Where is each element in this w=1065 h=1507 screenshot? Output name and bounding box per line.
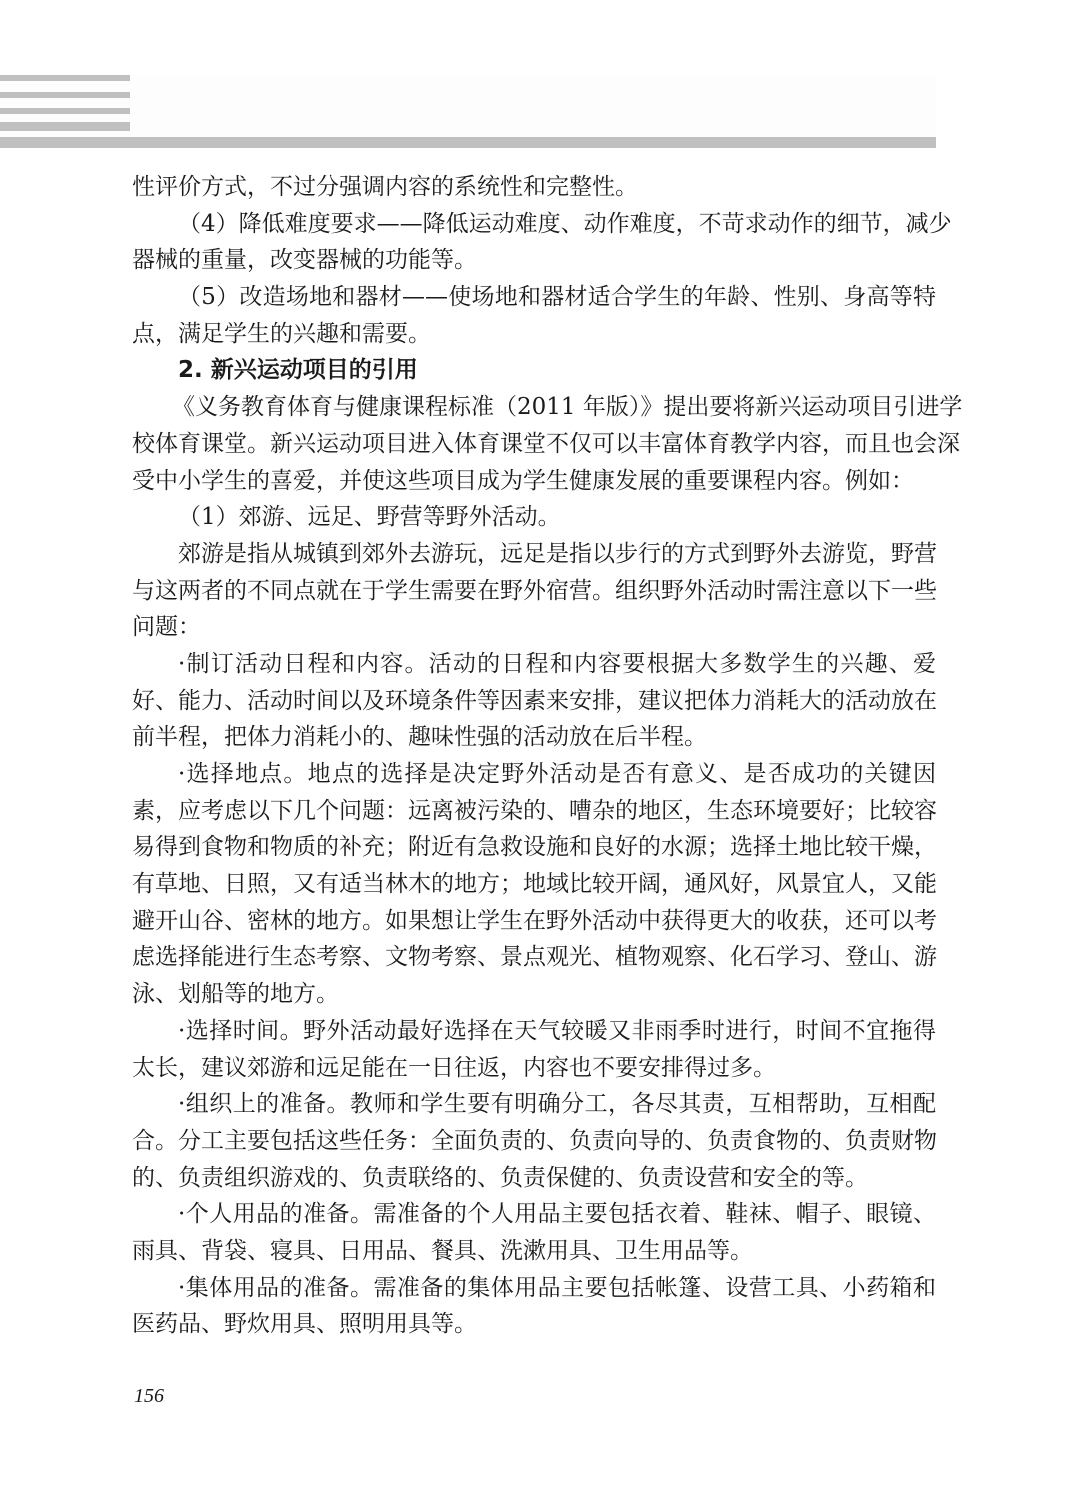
paragraph-line: 合。分工主要包括这些任务：全面负责的、负责向导的、负责食物的、负责财物 [132, 1123, 936, 1160]
paragraph-line: 校体育课堂。新兴运动项目进入体育课堂不仅可以丰富体育教学内容，而且也会深 [132, 426, 936, 463]
paragraph-line: 郊游是指从城镇到郊外去游玩，远足是指以步行的方式到野外去游览，野营 [132, 536, 936, 573]
paragraph-line: 虑选择能进行生态考察、文物考察、景点观光、植物观察、化石学习、登山、游 [132, 939, 936, 976]
paragraph-line: 雨具、背袋、寝具、日用品、餐具、洗漱用具、卫生用品等。 [132, 1233, 936, 1270]
header-rule [0, 137, 936, 148]
header-panel [0, 75, 936, 137]
bullet-item-line: ·集体用品的准备。需准备的集体用品主要包括帐篷、设营工具、小药箱和 [132, 1270, 936, 1307]
paragraph-line: 好、能力、活动时间以及环境条件等因素来安排，建议把体力消耗大的活动放在 [132, 683, 936, 720]
paragraph-line: 前半程，把体力消耗小的、趣味性强的活动放在后半程。 [132, 719, 936, 756]
paragraph-line: 避开山谷、密林的地方。如果想让学生在野外活动中获得更大的收获，还可以考 [132, 903, 936, 940]
body-text: 性评价方式，不过分强调内容的系统性和完整性。 （4）降低难度要求——降低运动难度… [132, 169, 936, 1343]
header-stripe [0, 92, 130, 98]
paragraph-line: 性评价方式，不过分强调内容的系统性和完整性。 [132, 169, 936, 206]
page-number: 156 [134, 1385, 164, 1408]
bullet-item-line: ·选择地点。地点的选择是决定野外活动是否有意义、是否成功的关键因 [132, 756, 936, 793]
paragraph-line: （5）改造场地和器材——使场地和器材适合学生的年龄、性别、身高等特 [132, 279, 936, 316]
paragraph-line: 有草地、日照，又有适当林木的地方；地域比较开阔，通风好，风景宜人，又能 [132, 866, 936, 903]
list-item-heading: （1）郊游、远足、野营等野外活动。 [132, 499, 936, 536]
paragraph-line: 问题： [132, 609, 936, 646]
paragraph-line: 受中小学生的喜爱，并使这些项目成为学生健康发展的重要课程内容。例如： [132, 463, 936, 500]
paragraph-line: 素，应考虑以下几个问题：远离被污染的、嘈杂的地区，生态环境要好；比较容 [132, 793, 936, 830]
paragraph-line: （4）降低难度要求——降低运动难度、动作难度，不苛求动作的细节，减少 [132, 206, 936, 243]
paragraph-line: 医药品、野炊用具、照明用具等。 [132, 1306, 936, 1343]
paragraph-line: 点，满足学生的兴趣和需要。 [132, 316, 936, 353]
bullet-item-line: ·选择时间。野外活动最好选择在天气较暖又非雨季时进行，时间不宜拖得 [132, 1013, 936, 1050]
page-header-decoration [0, 0, 1065, 160]
header-stripe [0, 108, 130, 114]
paragraph-line: 太长，建议郊游和远足能在一日往返，内容也不要安排得过多。 [132, 1050, 936, 1087]
paragraph-line: 与这两者的不同点就在于学生需要在野外宿营。组织野外活动时需注意以下一些 [132, 573, 936, 610]
section-heading: 2. 新兴运动项目的引用 [132, 352, 936, 389]
paragraph-line: 泳、划船等的地方。 [132, 976, 936, 1013]
header-stripe [0, 75, 130, 81]
paragraph-line: 的、负责组织游戏的、负责联络的、负责保健的、负责设营和安全的等。 [132, 1160, 936, 1197]
bullet-item-line: ·个人用品的准备。需准备的个人用品主要包括衣着、鞋袜、帽子、眼镜、 [132, 1196, 936, 1233]
header-stripe [0, 122, 130, 131]
paragraph-line: 器械的重量，改变器械的功能等。 [132, 242, 936, 279]
bullet-item-line: ·制订活动日程和内容。活动的日程和内容要根据大多数学生的兴趣、爱 [132, 646, 936, 683]
paragraph-line: 易得到食物和物质的补充；附近有急救设施和良好的水源；选择土地比较干燥， [132, 829, 936, 866]
paragraph-line: 《义务教育体育与健康课程标准（2011 年版）》提出要将新兴运动项目引进学 [132, 389, 936, 426]
bullet-item-line: ·组织上的准备。教师和学生要有明确分工，各尽其责，互相帮助，互相配 [132, 1086, 936, 1123]
